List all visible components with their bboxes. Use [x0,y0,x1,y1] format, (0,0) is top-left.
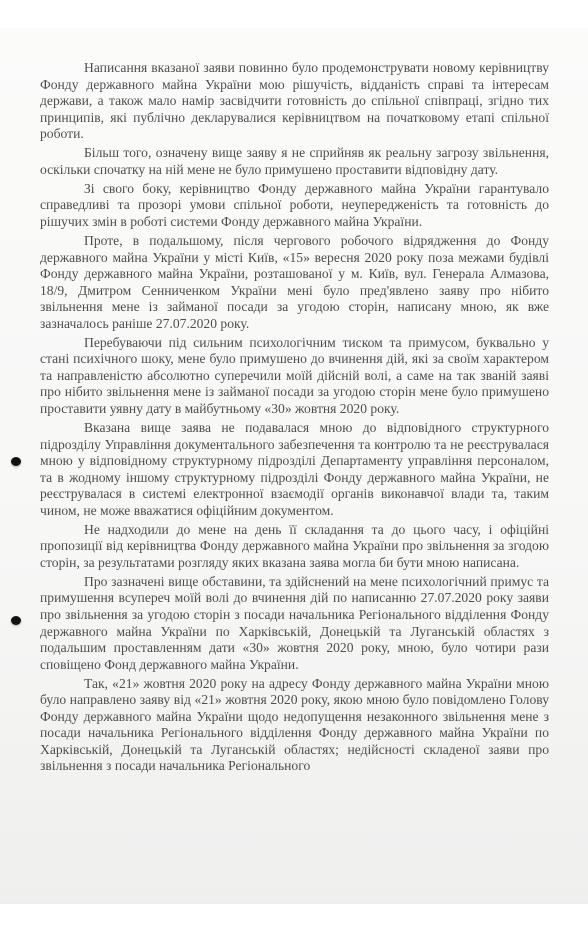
paragraph: Так, «21» жовтня 2020 року на адресу Фон… [40,676,549,775]
page-edge [0,900,588,904]
document-body: Написання вказаної заяви повинно було пр… [40,60,549,777]
paragraph: Вказана вище заява не подавалася мною до… [40,420,549,519]
paragraph: Більш того, означену вище заяву я не спр… [40,145,549,178]
paragraph: Зі свого боку, керівництво Фонду державн… [40,181,549,231]
paragraph: Не надходили до мене на день її складанн… [40,522,549,572]
paragraph: Проте, в подальшому, після чергового роб… [40,233,549,332]
paragraph: Перебуваючи під сильним психологічним ти… [40,335,549,418]
punch-hole-icon [11,616,21,625]
paragraph: Про зазначені вище обставини, та здійсне… [40,574,549,673]
paragraph: Написання вказаної заяви повинно було пр… [40,60,549,143]
punch-hole-icon [11,457,21,466]
